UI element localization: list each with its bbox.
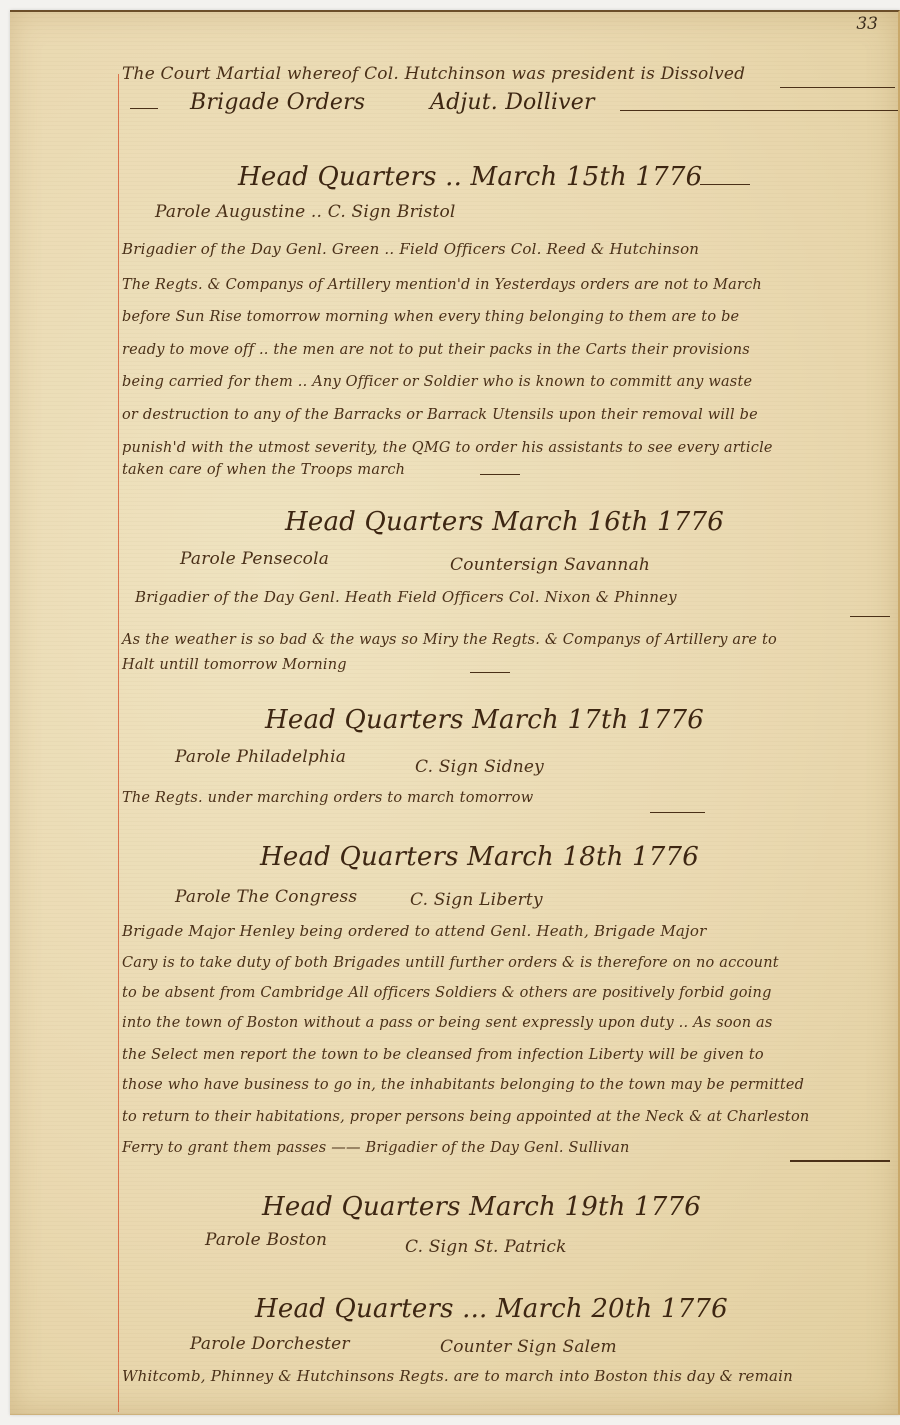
flourish-rule (620, 110, 898, 111)
entry-heading-march-19: Head Quarters March 19th 1776 (262, 1192, 701, 1222)
court-martial-dissolved-line: The Court Martial whereof Col. Hutchinso… (122, 64, 745, 84)
entry-text-line: Ferry to grant them passes —— Brigadier … (122, 1140, 630, 1156)
entry-text-line: The Regts. under marching orders to marc… (122, 790, 533, 806)
entry-text-line: punish'd with the utmost severity, the Q… (122, 440, 773, 456)
entry-text-line: being carried for them .. Any Officer or… (122, 374, 752, 390)
countersign-label: C. Sign Liberty (410, 890, 543, 910)
countersign-label: C. Sign St. Patrick (405, 1237, 567, 1257)
entry-text-line: As the weather is so bad & the ways so M… (122, 632, 777, 648)
entry-text-line: or destruction to any of the Barracks or… (122, 407, 758, 423)
flourish-rule (130, 108, 158, 109)
brigade-orders-heading: Brigade Orders (190, 90, 365, 115)
entry-heading-march-17: Head Quarters March 17th 1776 (265, 705, 704, 735)
flourish-rule (650, 812, 705, 813)
entry-heading-march-16: Head Quarters March 16th 1776 (285, 507, 724, 537)
entry-text-line: Brigade Major Henley being ordered to at… (122, 922, 707, 940)
parole-label: Parole Pensecola (180, 549, 329, 569)
entry-text-line: Brigadier of the Day Genl. Green .. Fiel… (122, 240, 699, 258)
flourish-rule (780, 87, 895, 88)
countersign-label: C. Sign Sidney (415, 757, 544, 777)
entry-text-line: into the town of Boston without a pass o… (122, 1015, 773, 1031)
entry-text-line: Cary is to take duty of both Brigades un… (122, 955, 779, 971)
page-number: 33 (856, 14, 878, 34)
parole-label: Parole Boston (205, 1230, 327, 1250)
entry-text-line: to be absent from Cambridge All officers… (122, 985, 772, 1001)
countersign-label: Counter Sign Salem (440, 1337, 617, 1357)
flourish-rule (480, 474, 520, 475)
entry-text-line: The Regts. & Companys of Artillery menti… (122, 277, 762, 293)
entry-text-line: the Select men report the town to be cle… (122, 1047, 764, 1063)
entry-text-line: ready to move off .. the men are not to … (122, 342, 750, 358)
parole-label: Parole The Congress (175, 887, 357, 907)
entry-text-line: Whitcomb, Phinney & Hutchinsons Regts. a… (122, 1367, 793, 1385)
entry-text-line: taken care of when the Troops march (122, 462, 405, 478)
parole-label: Parole Dorchester (190, 1334, 350, 1354)
entry-text-line: Halt untill tomorrow Morning (122, 657, 347, 673)
entry-heading-march-20: Head Quarters ... March 20th 1776 (255, 1294, 728, 1324)
parole-label: Parole Philadelphia (175, 747, 346, 767)
entry-heading-march-15: Head Quarters .. March 15th 1776 (238, 162, 702, 192)
entry-text-line: before Sun Rise tomorrow morning when ev… (122, 309, 739, 325)
adjutant-name: Adjut. Dolliver (430, 90, 595, 115)
entry-heading-march-18: Head Quarters March 18th 1776 (260, 842, 699, 872)
manuscript-page: 33 The Court Martial whereof Col. Hutchi… (10, 10, 900, 1415)
parole-line: Parole Augustine .. C. Sign Bristol (155, 202, 456, 222)
red-margin-rule (118, 74, 119, 1412)
flourish-rule (470, 672, 510, 673)
flourish-rule (790, 1160, 890, 1162)
flourish-rule (850, 616, 890, 617)
entry-text-line: to return to their habitations, proper p… (122, 1109, 809, 1125)
countersign-label: Countersign Savannah (450, 555, 650, 575)
entry-text-line: those who have business to go in, the in… (122, 1077, 804, 1093)
flourish-rule (700, 184, 750, 185)
entry-text-line: Brigadier of the Day Genl. Heath Field O… (135, 588, 677, 606)
